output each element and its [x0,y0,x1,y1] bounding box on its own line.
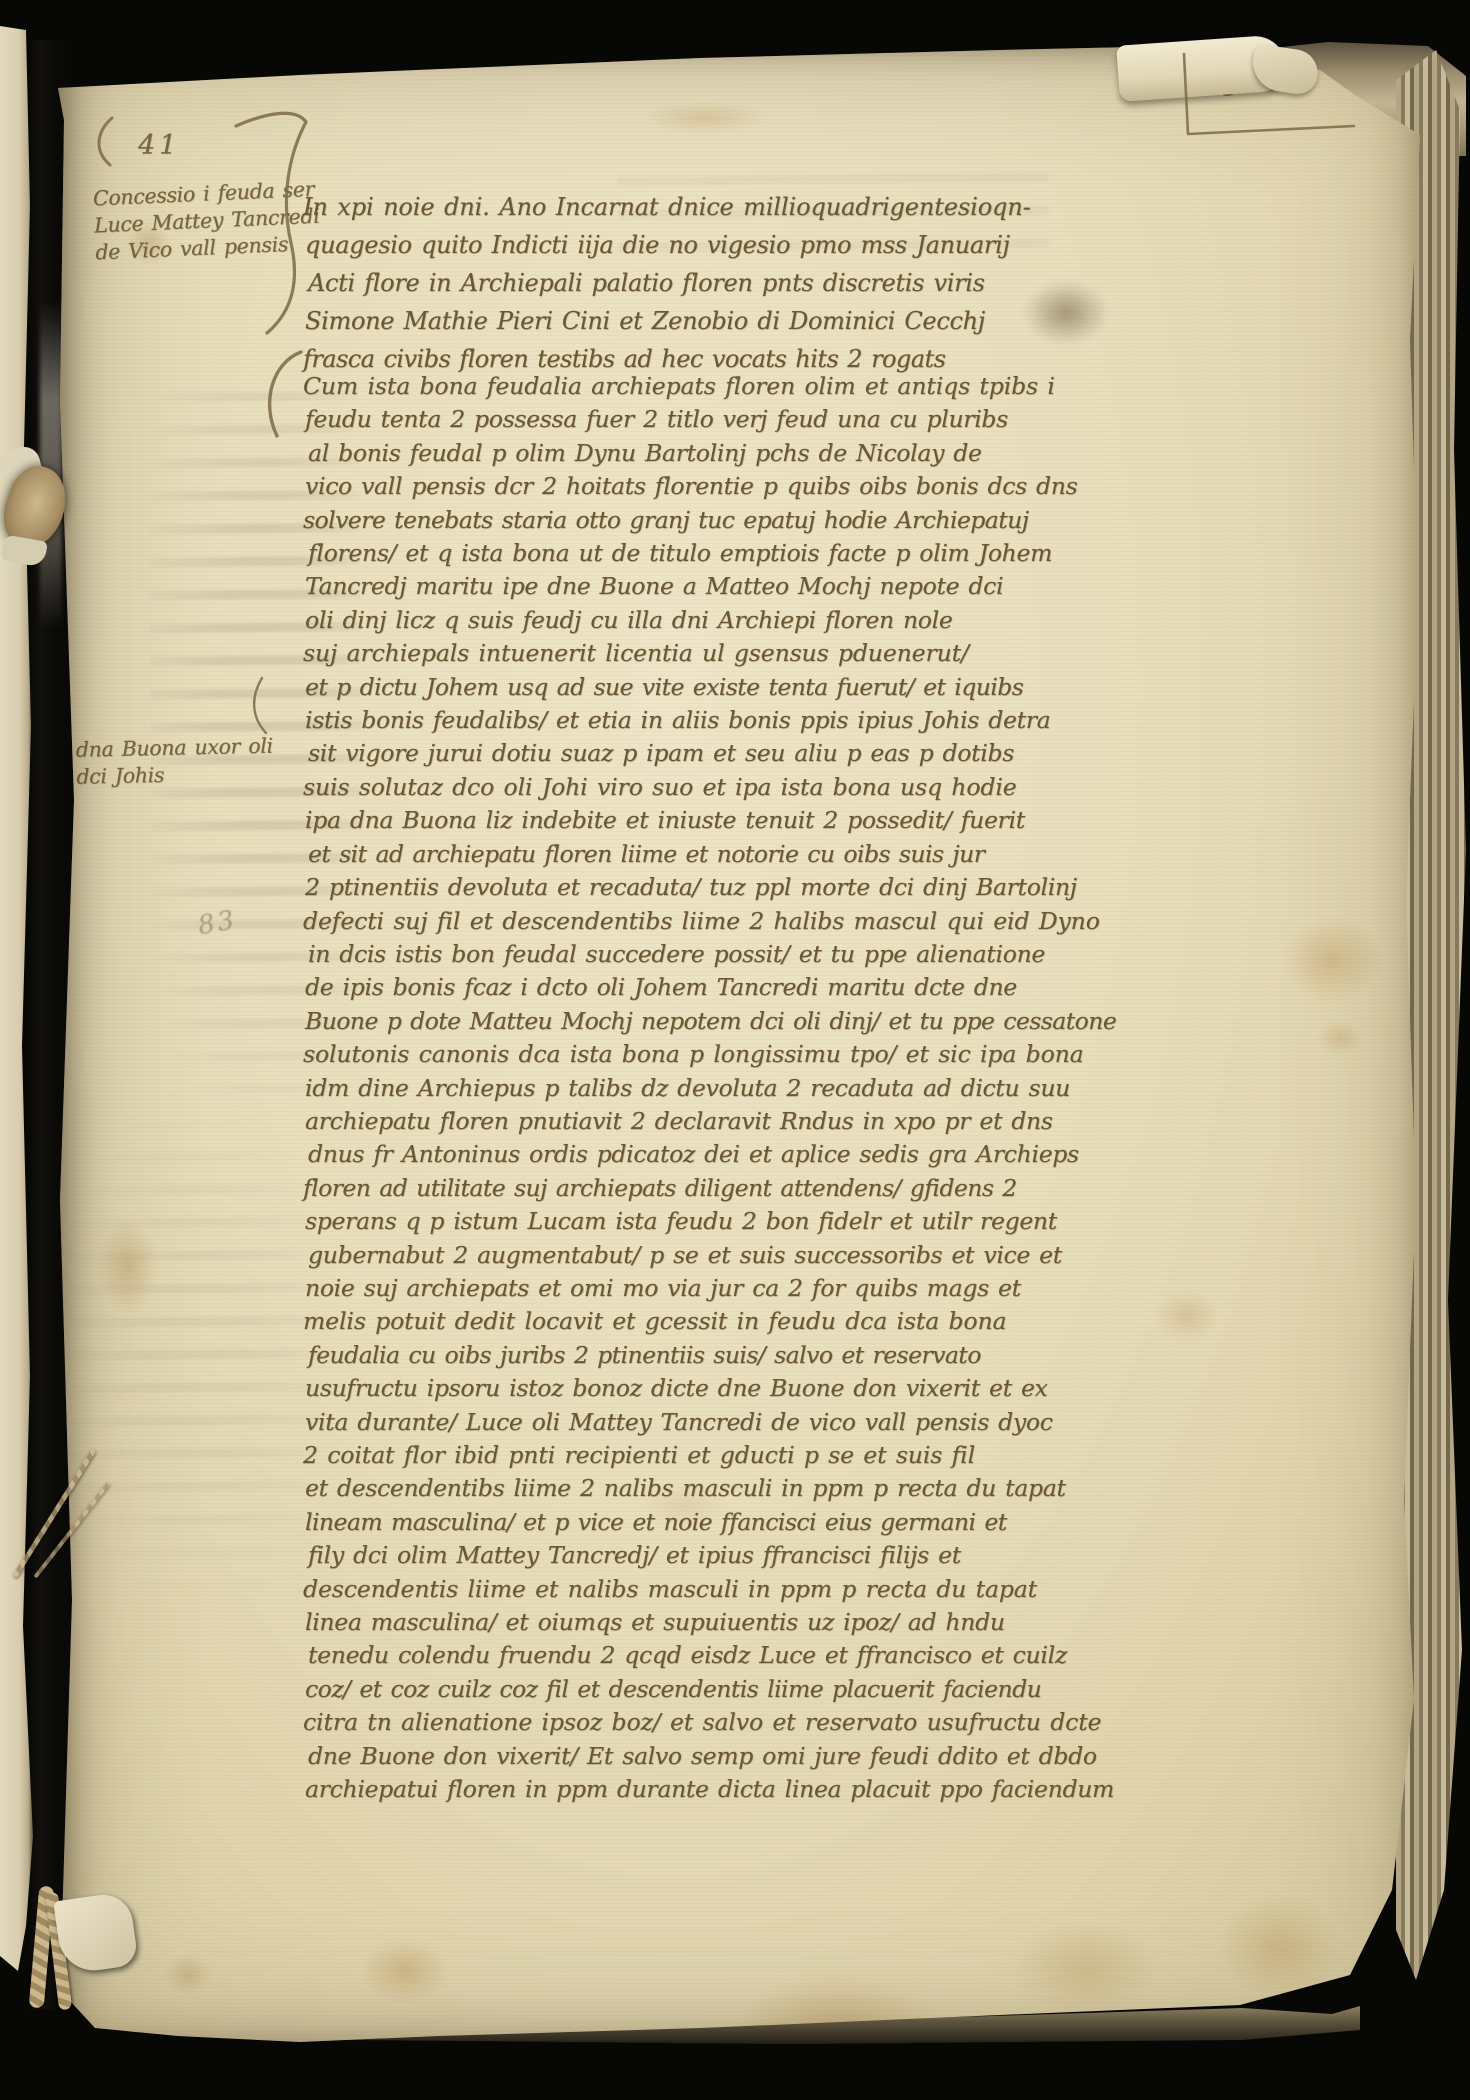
text-line: Simone Mathie Pieri Cini et Zenobio di D… [305,302,1117,340]
text-line: solutonis canonis dca ista bona p longis… [303,1038,1117,1071]
text-line: sit vigore jurui dotiu suaz p ipam et se… [308,737,1117,770]
text-line: gubernabut 2 augmentabut/ p se et suis s… [308,1239,1117,1272]
stain [618,1476,748,1536]
text-line: coz/ et coz cuilz coz fil et descendenti… [305,1673,1117,1706]
text-line: sperans q p istum Lucam ista feudu 2 bon… [305,1205,1117,1238]
manuscript-photo: 41 Concessio i feuda serLuce Mattey Tanc… [0,0,1470,2100]
entry-number: 41 [138,130,180,161]
book-page: 41 Concessio i feuda serLuce Mattey Tanc… [58,40,1423,2052]
text-line: usufructu ipsoru istoz bonoz dicte dne B… [305,1372,1117,1405]
text-line: dne Buone don vixerit/ Et salvo semp omi… [308,1740,1117,1773]
text-line: et sit ad archiepatu floren liime et not… [308,838,1117,871]
text-line: vico vall pensis dcr 2 hoitats florentie… [305,470,1117,503]
text-line: suis solutaz dco oli Johi viro suo et ip… [303,771,1117,804]
gutter-paper-curl [40,300,62,630]
stain [118,212,180,274]
margin-note-line: Concessio i feuda ser [92,175,343,213]
ink-smudge [1006,268,1126,358]
faint-pencil-mark: 83 [196,905,240,941]
text-line: citra tn alienatione ipsoz boz/ et salvo… [303,1706,1117,1739]
stain [1140,1280,1232,1352]
text-line: oli dinj licz q suis feudj cu illa dni A… [305,604,1117,637]
text-line: feudu tenta 2 possessa fuer 2 titlo verj… [305,403,1117,436]
text-line: et p dictu Johem usq ad sue vite existe … [305,671,1117,704]
text-line: al bonis feudal p olim Dynu Bartolinj pc… [308,437,1117,470]
text-line: Tancredj maritu ipe dne Buone a Matteo M… [305,570,1117,603]
protocol-text-block: In xpi noie dni. Ano Incarnat dnice mill… [305,188,1117,378]
bleed-through-lower-left [64,1119,337,1592]
text-line: frasca civibs floren testibs ad hec voca… [303,340,1117,378]
text-line: 2 ptinentiis devoluta et recaduta/ tuz p… [305,871,1117,904]
stain [153,1945,223,2005]
stain [1262,900,1402,1020]
text-line: floren ad utilitate suj archiepats dilig… [303,1172,1117,1205]
text-line: florens/ et q ista bona ut de titulo emp… [308,537,1117,570]
text-line: in dcis istis bon feudal succedere possi… [308,938,1117,971]
text-line: 2 coitat flor ibid pnti recipienti et gd… [303,1439,1117,1472]
text-line: tenedu colendu fruendu 2 qcqd eisdz Luce… [308,1639,1117,1672]
bleed-through-left-margin [146,377,365,1095]
body-text-block: Cum ista bona feudalia archiepats floren… [305,370,1117,1806]
text-line: istis bonis feudalibs/ et etia in aliis … [305,704,1117,737]
text-line: dnus fr Antoninus ordis pdicatoz dei et … [308,1138,1117,1171]
margin-note-line: dci Johis [76,758,337,790]
stain [343,1925,467,2017]
text-line: vita durante/ Luce oli Mattey Tancredi d… [305,1406,1117,1439]
stain [1308,1012,1372,1064]
text-line: descendentis liime et nalibs masculi in … [303,1573,1117,1606]
margin-note-line: Luce Mattey Tancredi [94,202,345,240]
stain [1193,1872,1365,2024]
stain [620,95,790,141]
text-line: ipa dna Buona liz indebite et iniuste te… [305,804,1117,837]
text-line: fily dci olim Mattey Tancredj/ et ipius … [308,1539,1117,1572]
text-line: solvere tenebats staria otto granj tuc e… [303,504,1117,537]
text-line: linea masculina/ et oiumqs et supuiuenti… [305,1606,1117,1639]
text-line: suj archiepals intuenerit licentia ul gs… [303,637,1117,670]
text-line: In xpi noie dni. Ano Incarnat dnice mill… [303,188,1117,226]
margin-note-line: de Vico vall pensis [95,229,346,267]
margin-note-buona: dna Buona uxor olidci Johis [75,731,336,790]
text-line: idm dine Archiepus p talibs dz devoluta … [305,1072,1117,1105]
text-line: archiepatu floren pnutiavit 2 declaravit… [305,1105,1117,1138]
stain [86,1200,170,1334]
text-line: Buone p dote Matteu Mochj nepotem dci ol… [305,1005,1117,1038]
text-line: melis potuit dedit locavit et gcessit in… [303,1305,1117,1338]
margin-note-concessio: Concessio i feuda serLuce Mattey Tancred… [92,175,345,267]
text-line: lineam masculina/ et p vice et noie ffan… [305,1506,1117,1539]
text-line: et descendentibs liime 2 nalibs masculi … [305,1472,1117,1505]
text-line: Acti flore in Archiepali palatio floren … [308,264,1117,302]
text-line: defecti suj fil et descendentibs liime 2… [303,905,1117,938]
text-line: Cum ista bona feudalia archiepats floren… [303,370,1117,403]
text-line: de ipis bonis fcaz i dcto oli Johem Tanc… [305,971,1117,1004]
text-line: archiepatui floren in ppm durante dicta … [305,1773,1117,1806]
text-line: noie suj archiepats et omi mo via jur ca… [305,1272,1117,1305]
bleed-through-top [618,158,1049,252]
text-line: quagesio quito Indicti iija die no viges… [305,226,1117,264]
margin-note-line: dna Buona uxor oli [75,731,336,763]
text-line: feudalia cu oibs juribs 2 ptinentiis sui… [308,1339,1117,1372]
